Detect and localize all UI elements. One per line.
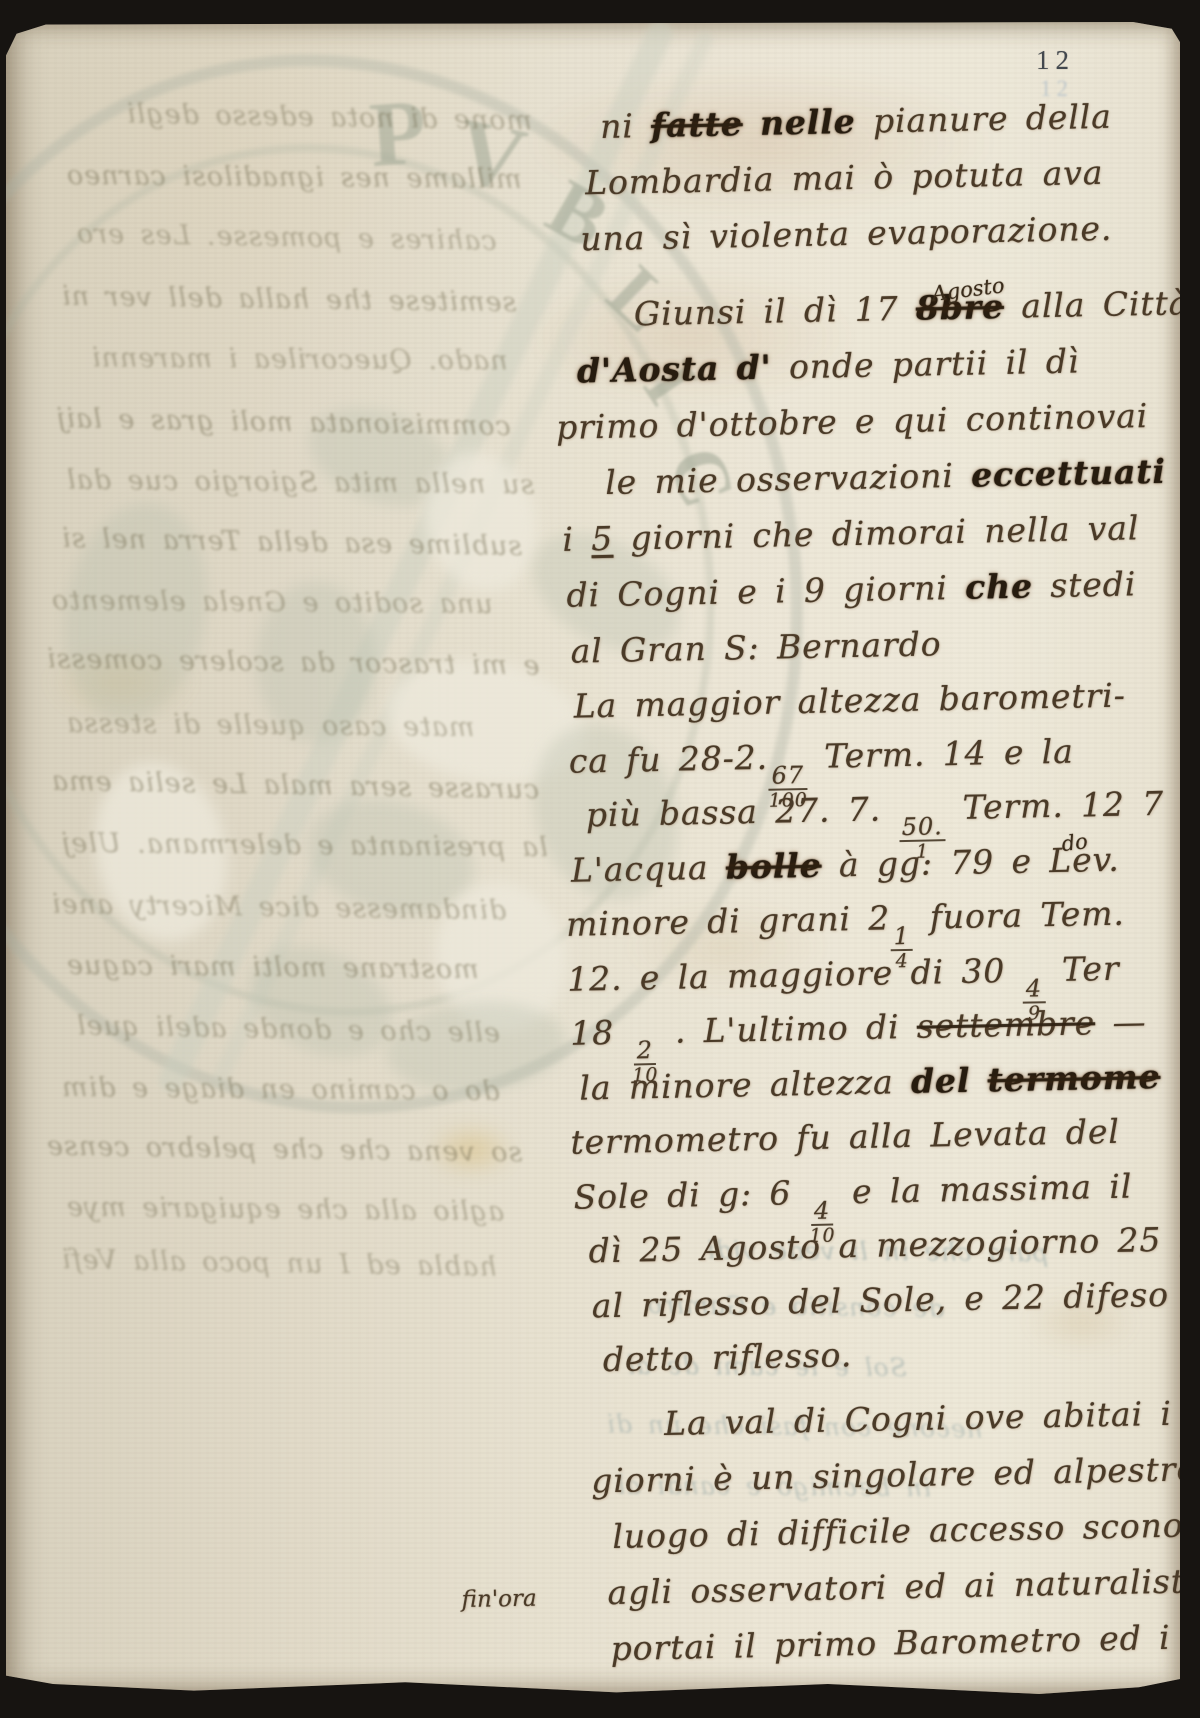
struck-run: settembre (916, 1003, 1095, 1046)
illegible-showthrough-line: semitese the halla dell ver ni (61, 281, 517, 318)
struck-run: bolle (725, 845, 821, 886)
struck-run: fatte (651, 104, 743, 145)
text-run: Ter (1044, 948, 1120, 988)
illegible-showthrough-line: millame nes ignadilosi carneo (66, 160, 522, 195)
bold-ink-run: 5 (1189, 1393, 1200, 1432)
illegible-showthrough-line: do o camino en diage e dim (61, 1072, 500, 1107)
text-run: di Cogni e i 9 giorni (566, 568, 965, 615)
text-run: — (1095, 1002, 1147, 1042)
illegible-showthrough-line: dindamesse dice Micerty anei (51, 889, 507, 926)
illegible-showthrough-line: aglio alla che equigarie mye (66, 1192, 505, 1228)
text-run: 12. e la maggiore di 30 (567, 950, 1023, 998)
text-run: Term. 14 e la (807, 731, 1075, 775)
text-run: luogo di difficile accesso sconosciuto (612, 1503, 1200, 1556)
paper-page: PVBLIC mone di nota edesso deglimillame … (6, 22, 1180, 1694)
illegible-showthrough-line: mate caso quelle di stessa (66, 708, 475, 743)
text-run: Giunsi il dì 17 (633, 289, 916, 334)
scan-frame: PVBLIC mone di nota edesso deglimillame … (0, 0, 1200, 1718)
manuscript-paragraph: Giunsi il dì 17 8breAgosto alla Cittàd'A… (553, 275, 1200, 680)
text-run: termometro fu alla Levata del (570, 1112, 1120, 1162)
illegible-showthrough-line: mostrane molti mari cague (66, 950, 479, 985)
bold-ink-run: che (965, 566, 1034, 606)
struck-run: termome (987, 1056, 1161, 1098)
text-run: onde partii il dì (771, 341, 1079, 386)
text-run: fuora Tem. (912, 894, 1125, 937)
text-run (742, 104, 760, 143)
text-run: La val di Cogni ove abitai i (664, 1393, 1190, 1443)
text-run: giorni che dimorai nella val (613, 508, 1140, 558)
bold-ink-run: del (911, 1060, 971, 1100)
text-run: la minore altezza (579, 1061, 911, 1107)
text-run: e la massima il (834, 1166, 1132, 1211)
text-run: primo d'ottobre e qui continovai (556, 396, 1149, 447)
text-run: stedi (1033, 564, 1137, 605)
text-run: Term. 12 7 (945, 784, 1165, 827)
text-run: ca fu 28-2. (568, 737, 768, 780)
inserted-word: Agosto (928, 257, 1008, 322)
margin-note: fin'ora (461, 1571, 537, 1628)
text-run: pianure della (855, 97, 1112, 141)
illegible-showthrough-line: so vena che che pelebro cense (46, 1131, 523, 1169)
manuscript-paragraph: La val di Cogni ove abitai i 5giorni è u… (576, 1385, 1200, 1678)
text-run (719, 348, 737, 387)
text-run: Lombardia mai ò potuta ava (585, 153, 1104, 202)
text-run: i (562, 519, 592, 559)
text-run (970, 1060, 988, 1099)
text-run: una sì violenta evaporazione. (580, 209, 1113, 259)
text-run: 18 (570, 1013, 632, 1053)
illegible-showthrough-line: una sodito e Gnela elemento (51, 585, 493, 620)
text-run: al riflesso del Sole, e 22 difeso dal (591, 1273, 1200, 1325)
text-run: più bassa 27. 7. (586, 789, 899, 834)
text-run: portai il primo Barometro ed i primi (610, 1616, 1200, 1668)
text-run: . L'ultimo di (657, 1007, 917, 1051)
illegible-showthrough-line: nado. Quecorilea i marenni (91, 343, 508, 377)
bold-ink-run: d' (736, 348, 772, 388)
text-run: dì 25 Agosto a mezzogiorno 25 g: (588, 1219, 1200, 1271)
page-number: 12 (1036, 45, 1075, 76)
manuscript-paragraph: ni fatte nelle pianure dellaLombardia ma… (550, 87, 1200, 268)
illegible-showthrough-line: su nella mita Sgiorgio cue dal (66, 465, 535, 501)
text-run: al Gran S: Bernardo (570, 624, 942, 670)
text-run: alla Città (1004, 283, 1190, 326)
text-run: Sole di g: 6 (573, 1173, 809, 1217)
text-run: La maggior altezza barometri- (573, 676, 1126, 726)
text-run: à gg: 79 e (821, 841, 1050, 885)
text-run: giorni è un singolare ed alpestre (591, 1449, 1197, 1500)
text-run: detto riflesso. (602, 1335, 852, 1379)
bold-ink-run: nelle (760, 102, 856, 143)
corrected-word: 8breAgosto (915, 279, 1004, 337)
text-run: le mie osservazioni (605, 456, 972, 502)
corrected-word: Lev.do (1049, 832, 1120, 888)
bold-ink-run: eccettuati (971, 452, 1167, 495)
manuscript-text: ni fatte nelle pianure dellaLombardia ma… (548, 9, 1196, 22)
text-run: minore di grani 2 (566, 898, 891, 943)
text-run: agli osservatori ed ai naturalisti ove (607, 1560, 1200, 1612)
text-run: L'acqua (571, 847, 727, 889)
manuscript-paragraph: La maggior altezza barometri-ca fu 28-2.… (561, 667, 1200, 1388)
bold-ink-run: 5 (591, 519, 614, 558)
bold-ink-run: d'Aosta (577, 349, 720, 391)
text-run: ni (600, 106, 652, 146)
illegible-showthrough-line: la presinanta e delermana. Ulej (61, 828, 548, 863)
